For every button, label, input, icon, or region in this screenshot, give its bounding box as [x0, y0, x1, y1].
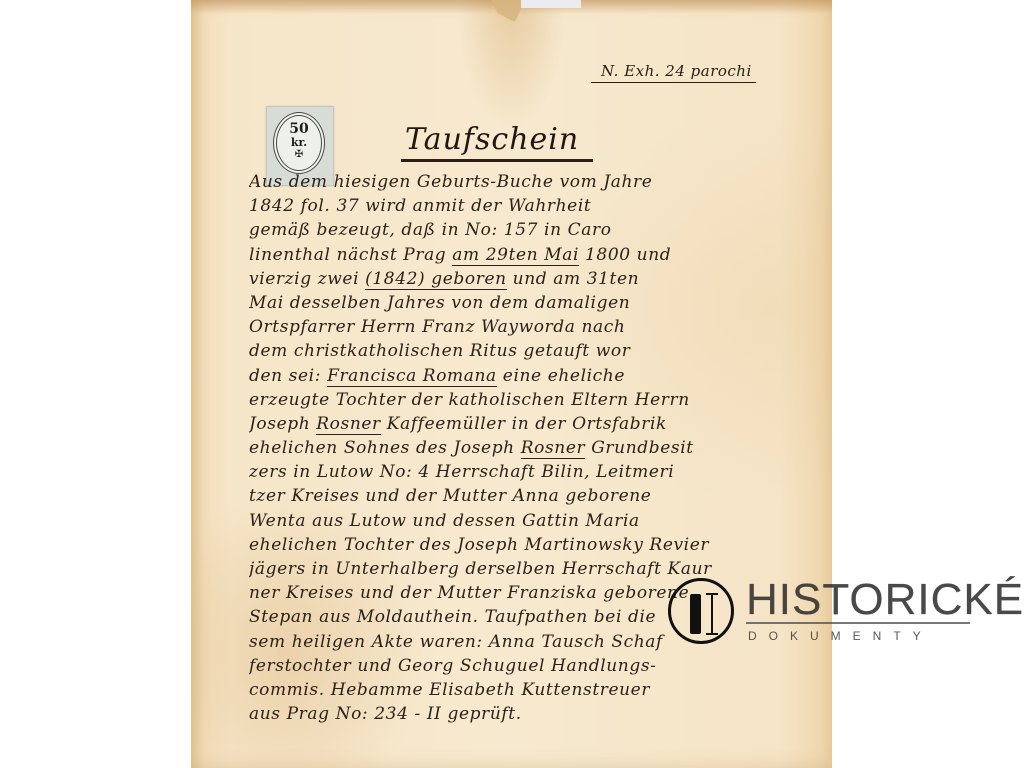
underlined-phrase: Rosner — [316, 414, 381, 435]
double-headed-eagle-icon: ✠ — [277, 149, 321, 161]
stamp-value: 50 — [277, 122, 321, 136]
text-line: linenthal nächst Prag am 29ten Mai 1800 … — [249, 243, 829, 267]
text-line: Joseph Rosner Kaffeemüller in der Ortsfa… — [249, 412, 829, 436]
underlined-phrase: am 29ten Mai — [452, 245, 579, 266]
text-line: Wenta aus Lutow und dessen Gattin Maria — [249, 509, 829, 533]
underlined-phrase: Francisca Romana — [327, 366, 497, 387]
text-line: Ortspfarrer Herrn Franz Wayworda nach — [249, 315, 829, 339]
text-line: gemäß bezeugt, daß in No: 157 in Caro — [249, 218, 829, 242]
paper-tear-gap — [521, 0, 581, 8]
text-line: Stepan aus Moldauthein. Taufpathen bei d… — [249, 605, 829, 629]
text-line: ehelichen Sohnes des Joseph Rosner Grund… — [249, 436, 829, 460]
reference-note: N. Exh. 24 parochi — [591, 62, 756, 83]
text-line: ner Kreises und der Mutter Franziska geb… — [249, 581, 829, 605]
text-line: zers in Lutow No: 4 Herrschaft Bilin, Le… — [249, 460, 829, 484]
underlined-phrase: (1842) geboren — [365, 269, 507, 290]
document-viewer: N. Exh. 24 parochi 50 kr. ✠ Taufschein A… — [0, 0, 1024, 768]
document-title: Taufschein — [401, 122, 593, 162]
text-line: Mai desselben Jahres von dem damaligen — [249, 291, 829, 315]
text-line: erzeugte Tochter der katholischen Eltern… — [249, 388, 829, 412]
document-page: N. Exh. 24 parochi 50 kr. ✠ Taufschein A… — [191, 0, 832, 768]
text-line: tzer Kreises und der Mutter Anna geboren… — [249, 484, 829, 508]
text-line: ehelichen Tochter des Joseph Martinowsky… — [249, 533, 829, 557]
text-line: aus Prag No: 234 - II geprüft. — [249, 702, 829, 726]
text-line: dem christkatholischen Ritus getauft wor — [249, 339, 829, 363]
text-line: 1842 fol. 37 wird anmit der Wahrheit — [249, 194, 829, 218]
text-line: sem heiligen Akte waren: Anna Tausch Sch… — [249, 630, 829, 654]
handwritten-body: Aus dem hiesigen Geburts-Buche vom Jahre… — [249, 170, 829, 726]
stamp-ring: 50 kr. ✠ — [273, 112, 325, 174]
text-line: jägers in Unterhalberg derselben Herrsch… — [249, 557, 829, 581]
underlined-phrase: Rosner — [521, 438, 586, 459]
text-line: Aus dem hiesigen Geburts-Buche vom Jahre — [249, 170, 829, 194]
text-line: ferstochter und Georg Schuguel Handlungs… — [249, 654, 829, 678]
text-line: den sei: Francisca Romana eine eheliche — [249, 364, 829, 388]
text-line: commis. Hebamme Elisabeth Kuttenstreuer — [249, 678, 829, 702]
stamp-unit: kr. — [277, 136, 321, 149]
text-line: vierzig zwei (1842) geboren und am 31ten — [249, 267, 829, 291]
